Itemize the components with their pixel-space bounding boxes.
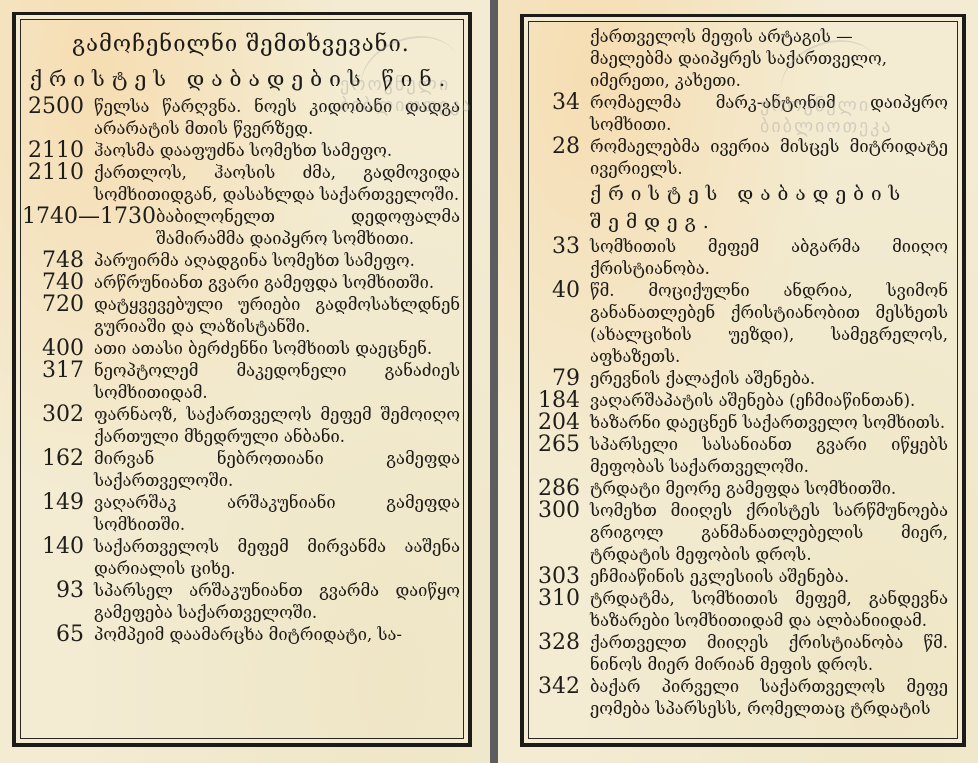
entry-text: ტრდატი მეორე გამეფდა სომხითში. [590, 478, 948, 500]
timeline-entry: 400ათი ათასი ბერძენნი სომხითს დაეცნენ. [22, 338, 460, 360]
entry-year: 2110 [22, 140, 94, 162]
entry-text: წმ. მოციქულნი ანდრია, სვიმონ განანათლებე… [590, 280, 948, 368]
timeline-entry: 300სომეხთ მიიღეს ქრისტეს სარწმუნოება გრი… [530, 500, 948, 566]
entry-text: სომეხთ მიიღეს ქრისტეს სარწმუნოება გრიგოლ… [590, 500, 948, 566]
timeline-entry: 33სომხითის მეფემ აბგარმა მიიღო ქრისტიანო… [530, 236, 948, 280]
right-page-content: ქართველოს მეფის არტაგის — მაელებმა დაიპყ… [530, 26, 948, 720]
entry-text: ხაზარნი დაეცნენ საქართველო სომხითს. [590, 412, 948, 434]
entry-year: 140 [22, 536, 94, 580]
entry-text: სომხითის მეფემ აბგარმა მიიღო ქრისტიანობა… [590, 236, 948, 280]
entry-year: 265 [530, 434, 590, 478]
entry-year: 342 [530, 676, 590, 720]
timeline-entry: 93სპარსელ არშაკუნიანთ გვარმა დაიწყო გამე… [22, 580, 460, 624]
entry-text: ნეოპტოლემ მაკედონელი განაძიეს სომხითიდამ… [94, 360, 460, 404]
entry-text: ეჩმიაწინის ეკლესიის აშენება. [590, 566, 948, 588]
entry-text: ტრდატმა, სომხითის მეფემ, განდევნა ხაზარე… [590, 588, 948, 632]
entry-year: 317 [22, 360, 94, 404]
timeline-entry: 140საქართველოს მეფემ მირვანმა ააშენა დარ… [22, 536, 460, 580]
section-heading-bc: ქრისტეს დაბადების წინ. [22, 62, 460, 96]
timeline-entry: 149ვაღარშაკ არშაკუნიანი გამეფდა სომხითში… [22, 492, 460, 536]
timeline-entry: 2110ქართლოს, ჰაოსის ძმა, გადმოვიდა სომხი… [22, 162, 460, 206]
entry-text: ვაღარშაკ არშაკუნიანი გამეფდა სომხითში. [94, 492, 460, 536]
entry-year: 28 [530, 136, 590, 180]
timeline-entry: 720დატყვევებული ურიები გადმოსახლდნენ გურ… [22, 294, 460, 338]
entry-year: 149 [22, 492, 94, 536]
entry-year: 300 [530, 500, 590, 566]
entry-year: 400 [22, 338, 94, 360]
entry-year: 162 [22, 448, 94, 492]
timeline-entry: 310ტრდატმა, სომხითის მეფემ, განდევნა ხაზ… [530, 588, 948, 632]
entry-text: ფარნაოზ, საქართველოს მეფემ შემოიღო ქართუ… [94, 404, 460, 448]
entry-year: 34 [530, 92, 590, 136]
timeline-entry: 317ნეოპტოლემ მაკედონელი განაძიეს სომხითი… [22, 360, 460, 404]
timeline-entry: 2500წელსა წარღვნა. ნოეს კიდობანი დადგა ა… [22, 96, 460, 140]
entry-text: სპარსელ არშაკუნიანთ გვარმა დაიწყო გამეფე… [94, 580, 460, 624]
entry-year: 310 [530, 588, 590, 632]
timeline-entry: 328ქართველთ მიიღეს ქრისტიანობა წმ. ნინოს… [530, 632, 948, 676]
timeline-entry: 162მირვან ნებროთიანი გამეფდა საქართველოშ… [22, 448, 460, 492]
entry-year: 40 [530, 280, 590, 368]
entry-year: 1740—1730 [22, 206, 156, 250]
entry-text: რომაელებმა ივერია მისცეს მიტრიდატე ივერი… [590, 136, 948, 180]
timeline-entry: 65პომპეიმ დაამარცხა მიტრიდატი, სა- [22, 624, 460, 646]
book-gutter [490, 0, 498, 763]
timeline-entry: 204ხაზარნი დაეცნენ საქართველო სომხითს. [530, 412, 948, 434]
timeline-entry: 28რომაელებმა ივერია მისცეს მიტრიდატე ივე… [530, 136, 948, 180]
chapter-title: გამოჩენილნი შემთხვევანი. [22, 28, 460, 62]
continued-text-line: ქართველოს მეფის არტაგის — [530, 26, 948, 48]
entry-text: ქართველთ მიიღეს ქრისტიანობა წმ. ნინოს მი… [590, 632, 948, 676]
entry-year: 65 [22, 624, 94, 646]
timeline-entry: 79ერევნის ქალაქის აშენება. [530, 368, 948, 390]
timeline-entry: 342ბაქარ პირველი საქართველოს მეფე ეომება… [530, 676, 948, 720]
timeline-entry: 748პარუირმა აღადგინა სომეხთ სამეფო. [22, 250, 460, 272]
entry-text: ბაქარ პირველი საქართველოს მეფე ეომება სპ… [590, 676, 948, 720]
entry-text: ვაღარშაპატის აშენება (ეჩმიაწინთან). [590, 390, 948, 412]
entry-year: 2110 [22, 162, 94, 206]
entry-text: ქართლოს, ჰაოსის ძმა, გადმოვიდა სომხითიდგ… [94, 162, 460, 206]
entry-year: 184 [530, 390, 590, 412]
entry-year: 2500 [22, 96, 94, 140]
timeline-entry: 2110ჰაოსმა დააფუძნა სომეხთ სამეფო. [22, 140, 460, 162]
timeline-entry: 265სპარსელი სასანიანთ გვარი იწყებს მეფობ… [530, 434, 948, 478]
timeline-entry: 40წმ. მოციქულნი ანდრია, სვიმონ განანათლე… [530, 280, 948, 368]
entry-text: არწრუნიანთ გვარი გამეფდა სომხითში. [94, 272, 460, 294]
entry-year: 33 [530, 236, 590, 280]
entry-year: 302 [22, 404, 94, 448]
timeline-entry: 1740—1730ბაბილონელთ დედოფალმა შამირამმა … [22, 206, 460, 250]
timeline-entry: 303ეჩმიაწინის ეკლესიის აშენება. [530, 566, 948, 588]
entry-year: 303 [530, 566, 590, 588]
entry-text: პარუირმა აღადგინა სომეხთ სამეფო. [94, 250, 460, 272]
entry-year: 748 [22, 250, 94, 272]
entry-text: მირვან ნებროთიანი გამეფდა საქართველოში. [94, 448, 460, 492]
timeline-entry: 740არწრუნიანთ გვარი გამეფდა სომხითში. [22, 272, 460, 294]
timeline-entry: 184ვაღარშაპატის აშენება (ეჩმიაწინთან). [530, 390, 948, 412]
entry-year: 93 [22, 580, 94, 624]
entry-text: წელსა წარღვნა. ნოეს კიდობანი დადგა არარა… [94, 96, 460, 140]
entry-text: რომაელმა მარკ-ანტონიმ დაიპყრო სომხითი. [590, 92, 948, 136]
right-page: ქართველოს მეფის არტაგის — მაელებმა დაიპყ… [498, 0, 978, 763]
left-page-content: გამოჩენილნი შემთხვევანი. ქრისტეს დაბადებ… [22, 28, 460, 646]
entry-year: 328 [530, 632, 590, 676]
entry-text: პომპეიმ დაამარცხა მიტრიდატი, სა- [94, 624, 460, 646]
entry-year: 720 [22, 294, 94, 338]
entry-text: ჰაოსმა დააფუძნა სომეხთ სამეფო. [94, 140, 460, 162]
timeline-entry: 302ფარნაოზ, საქართველოს მეფემ შემოიღო ქა… [22, 404, 460, 448]
entry-year: 286 [530, 478, 590, 500]
entry-text: ერევნის ქალაქის აშენება. [590, 368, 948, 390]
left-page: გამოჩენილნი შემთხვევანი. ქრისტეს დაბადებ… [0, 0, 490, 763]
entry-text: დატყვევებული ურიები გადმოსახლდნენ გურიაშ… [94, 294, 460, 338]
entry-text: ბაბილონელთ დედოფალმა შამირამმა დაიპყრო ს… [156, 206, 460, 250]
entry-year: 740 [22, 272, 94, 294]
entry-text: საქართველოს მეფემ მირვანმა ააშენა დარიალ… [94, 536, 460, 580]
entry-text: ათი ათასი ბერძენნი სომხითს დაეცნენ. [94, 338, 460, 360]
entry-year: 204 [530, 412, 590, 434]
entry-text: სპარსელი სასანიანთ გვარი იწყებს მეფობას … [590, 434, 948, 478]
entry-year: 79 [530, 368, 590, 390]
section-heading-ad: ქრისტეს დაბადების შემდეგ. [530, 180, 948, 236]
timeline-entry: 34რომაელმა მარკ-ანტონიმ დაიპყრო სომხითი. [530, 92, 948, 136]
timeline-entry: 286ტრდატი მეორე გამეფდა სომხითში. [530, 478, 948, 500]
continued-text-line: მაელებმა დაიპყრეს საქართველო, იმერეთი, კ… [530, 48, 948, 92]
